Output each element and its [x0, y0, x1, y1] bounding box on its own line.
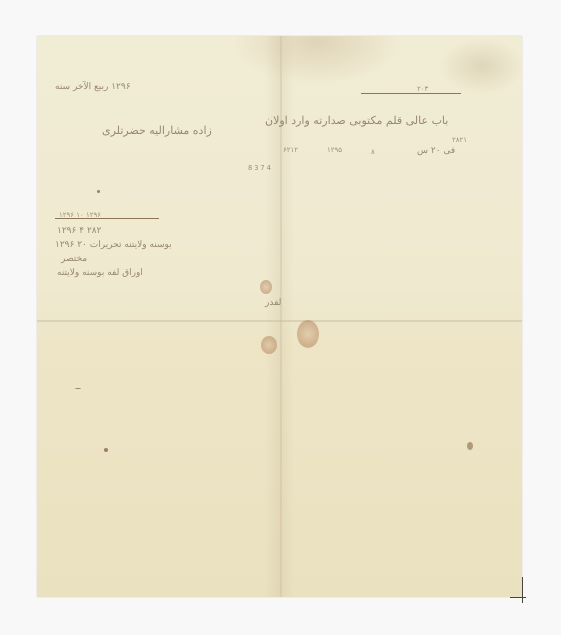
main-text-line-left: زاده مشارالیه حضرتلری: [102, 124, 212, 137]
crop-mark: [522, 577, 523, 603]
number-a: ۲۸۲۱: [452, 136, 467, 144]
ink-mark: [97, 190, 100, 193]
ink-speck: [75, 388, 81, 389]
main-text-line-right: باب عالی قلم مکتوبی صدارته وارد اولان: [265, 114, 448, 127]
archive-stamp-number: 8374: [248, 164, 273, 172]
stain: [260, 280, 272, 294]
block-line-3: مختصر: [61, 254, 87, 264]
ink-speck: [467, 442, 473, 450]
date-note: فی ۲۰ س: [417, 146, 455, 156]
ink-speck: [104, 448, 108, 452]
block-line-4: اوراق لفه بوسنه ولایتنه: [57, 268, 143, 278]
number-b: ۱۲۹۵: [327, 146, 342, 154]
number-c: ۶۲۱۲: [283, 146, 298, 154]
block-line-2: بوسنه ولایتنه تحریرات ۲۰ ۱۲۹۶: [55, 240, 172, 250]
number-d: ۸: [371, 148, 375, 156]
center-note: لفدر: [265, 298, 281, 308]
block-underline: [55, 218, 159, 219]
reference-underline: [361, 93, 461, 94]
stain: [297, 320, 319, 348]
header-date-line: ۱۲۹۶ ربیع الآخر سنه: [55, 82, 131, 92]
manuscript-page: ۱۲۹۶ ربیع الآخر سنه ۲۰۳ باب عالی قلم مکت…: [37, 36, 522, 597]
reference-number: ۲۰۳: [417, 85, 428, 93]
block-line-1: ۲۸۲ ۴ ۱۲۹۶: [57, 226, 101, 236]
stain: [261, 336, 277, 354]
crop-mark: [510, 597, 526, 598]
